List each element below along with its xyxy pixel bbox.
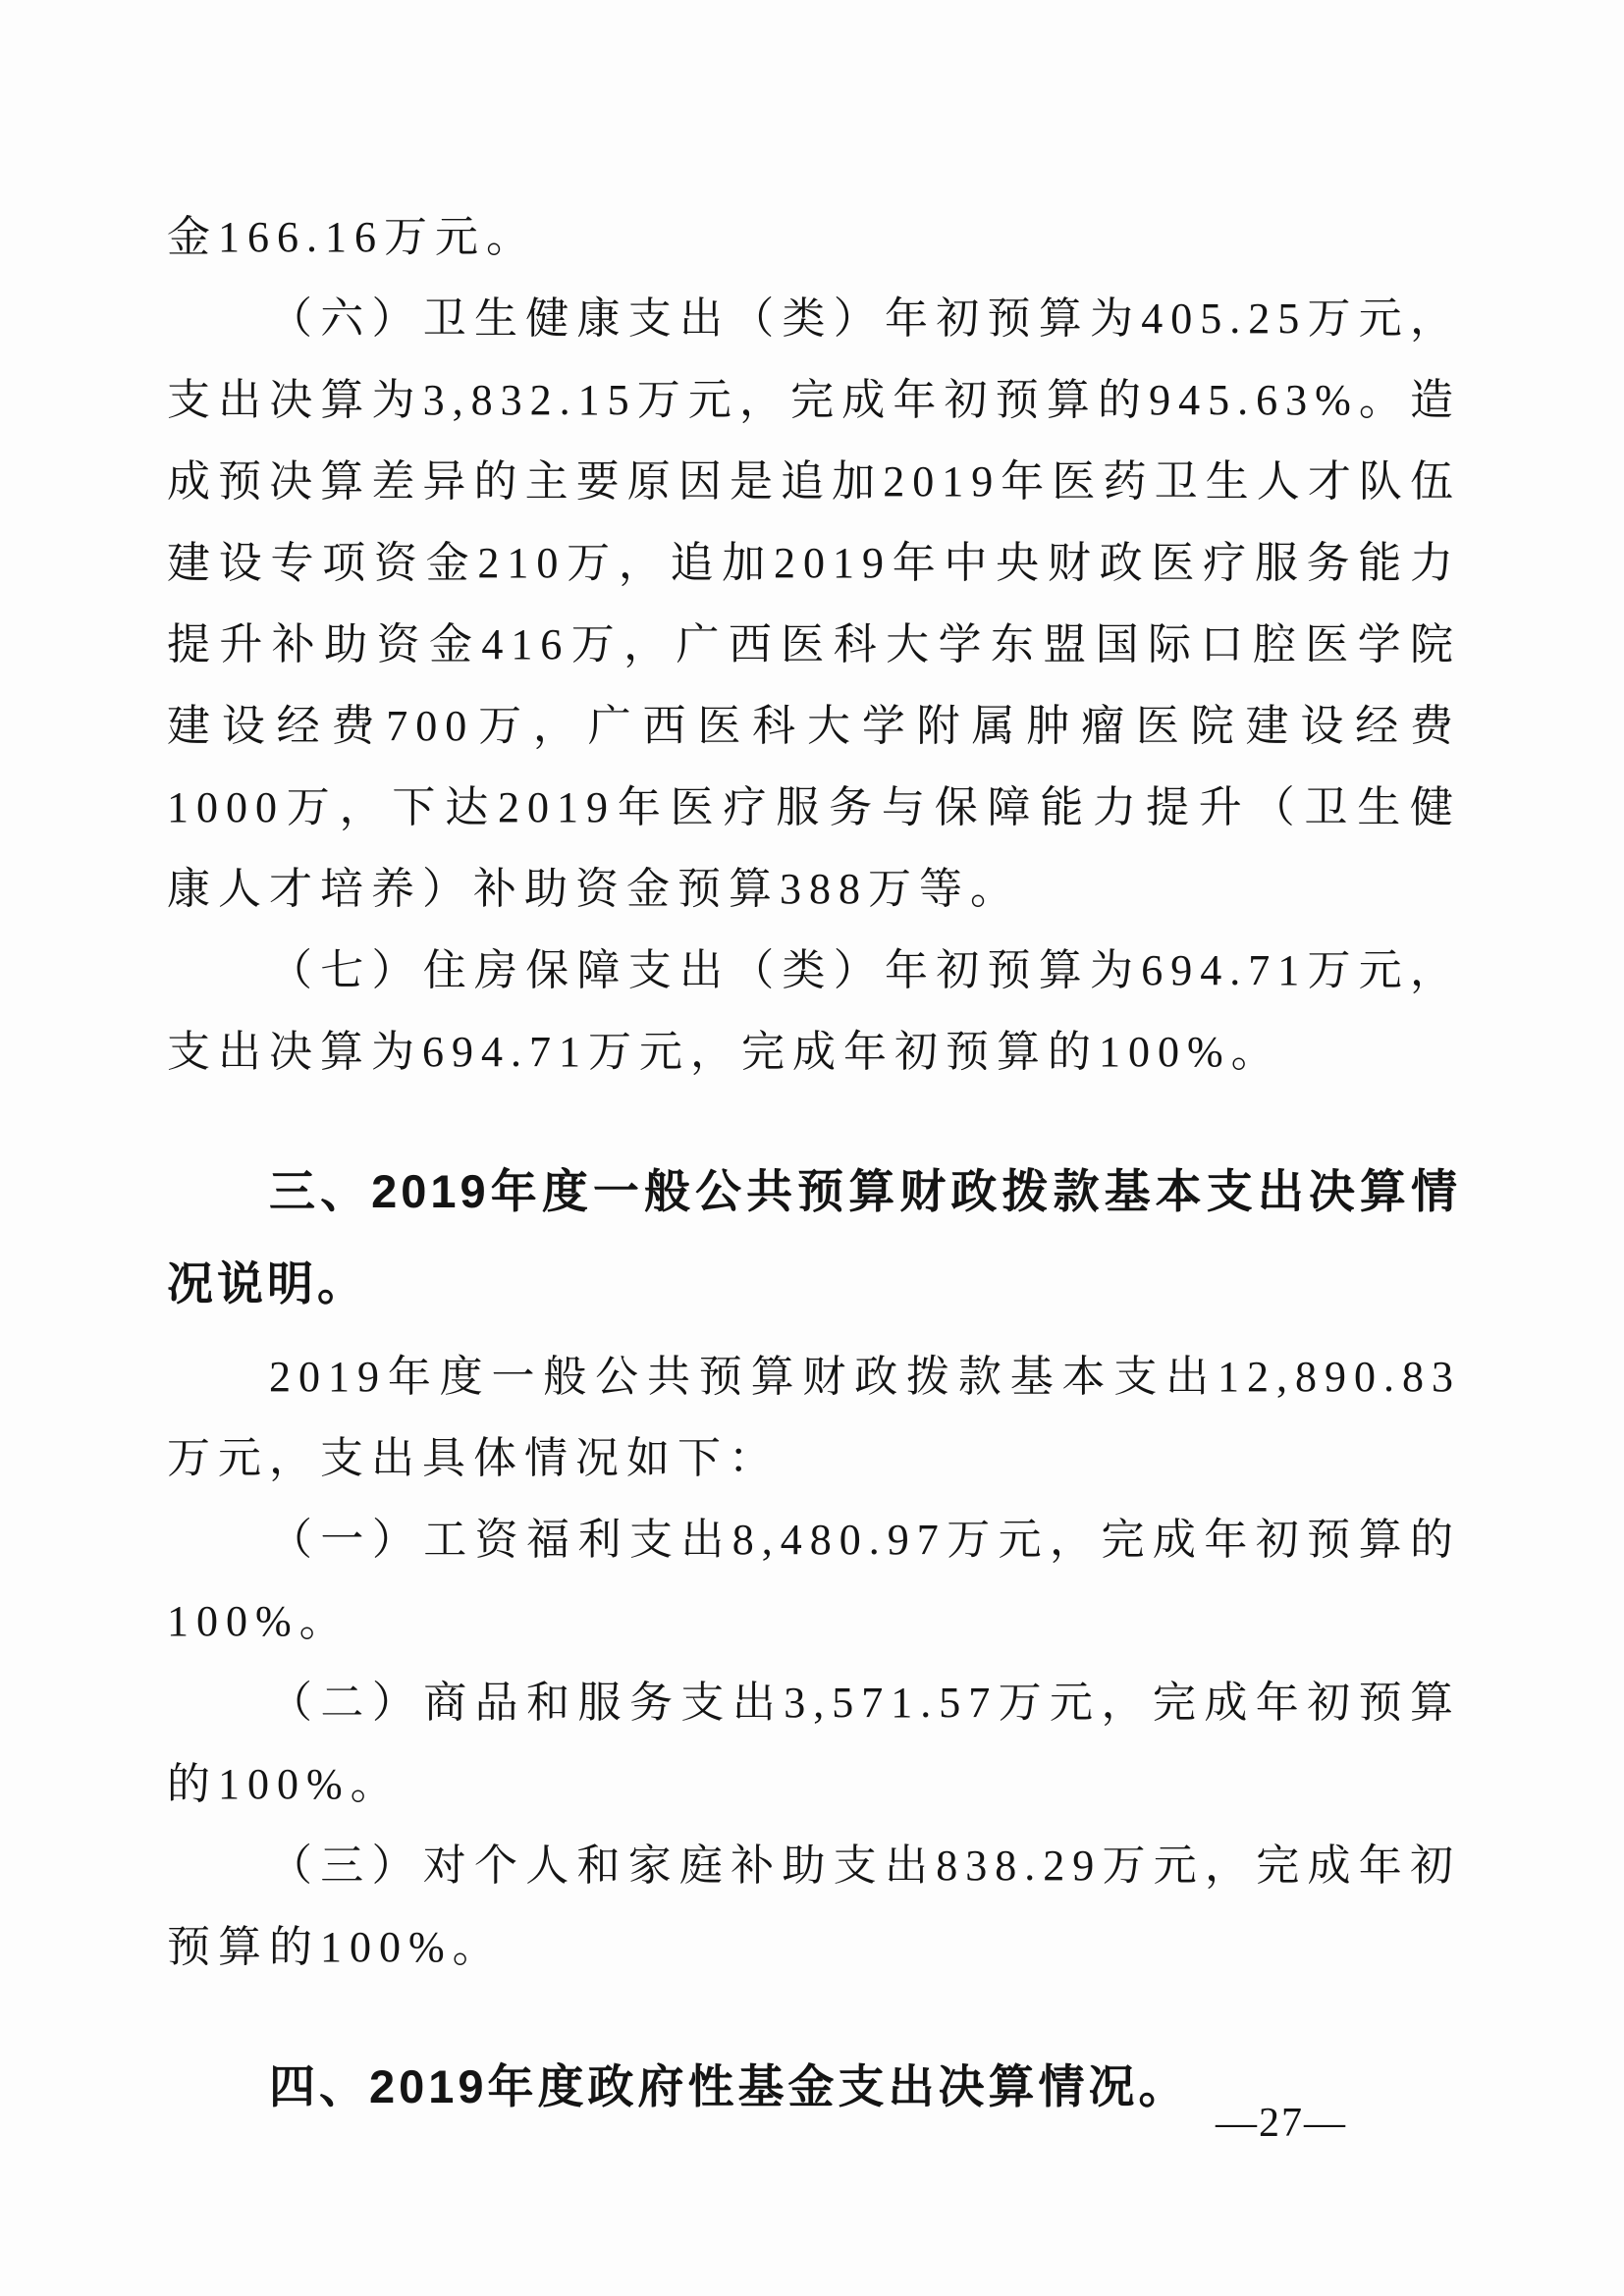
paragraph-item-3-individual-family-subsidy: （三）对个人和家庭补助支出838.29万元，完成年初预算的100%。 [167,1825,1461,1988]
paragraph-continuation: 金166.16万元。 [167,196,1461,278]
paragraph-item-7-housing-expenditure: （七）住房保障支出（类）年初预算为694.71万元，支出决算为694.71万元，… [167,930,1461,1093]
paragraph-item-2-goods-services: （二）商品和服务支出3,571.57万元，完成年初预算的100%。 [167,1662,1461,1825]
paragraph-basic-expenditure-total: 2019年度一般公共预算财政拨款基本支出12,890.83万元，支出具体情况如下… [167,1336,1461,1499]
document-page: 金166.16万元。 （六）卫生健康支出（类）年初预算为405.25万元，支出决… [0,0,1624,2296]
paragraph-item-1-wages-welfare: （一）工资福利支出8,480.97万元，完成年初预算的100%。 [167,1499,1461,1662]
page-number: —27— [1216,2100,1347,2147]
section-heading-3-basic-expenditure: 三、2019年度一般公共预算财政拨款基本支出决算情况说明。 [167,1146,1461,1330]
paragraph-item-6-health-expenditure: （六）卫生健康支出（类）年初预算为405.25万元，支出决算为3,832.15万… [167,278,1461,930]
